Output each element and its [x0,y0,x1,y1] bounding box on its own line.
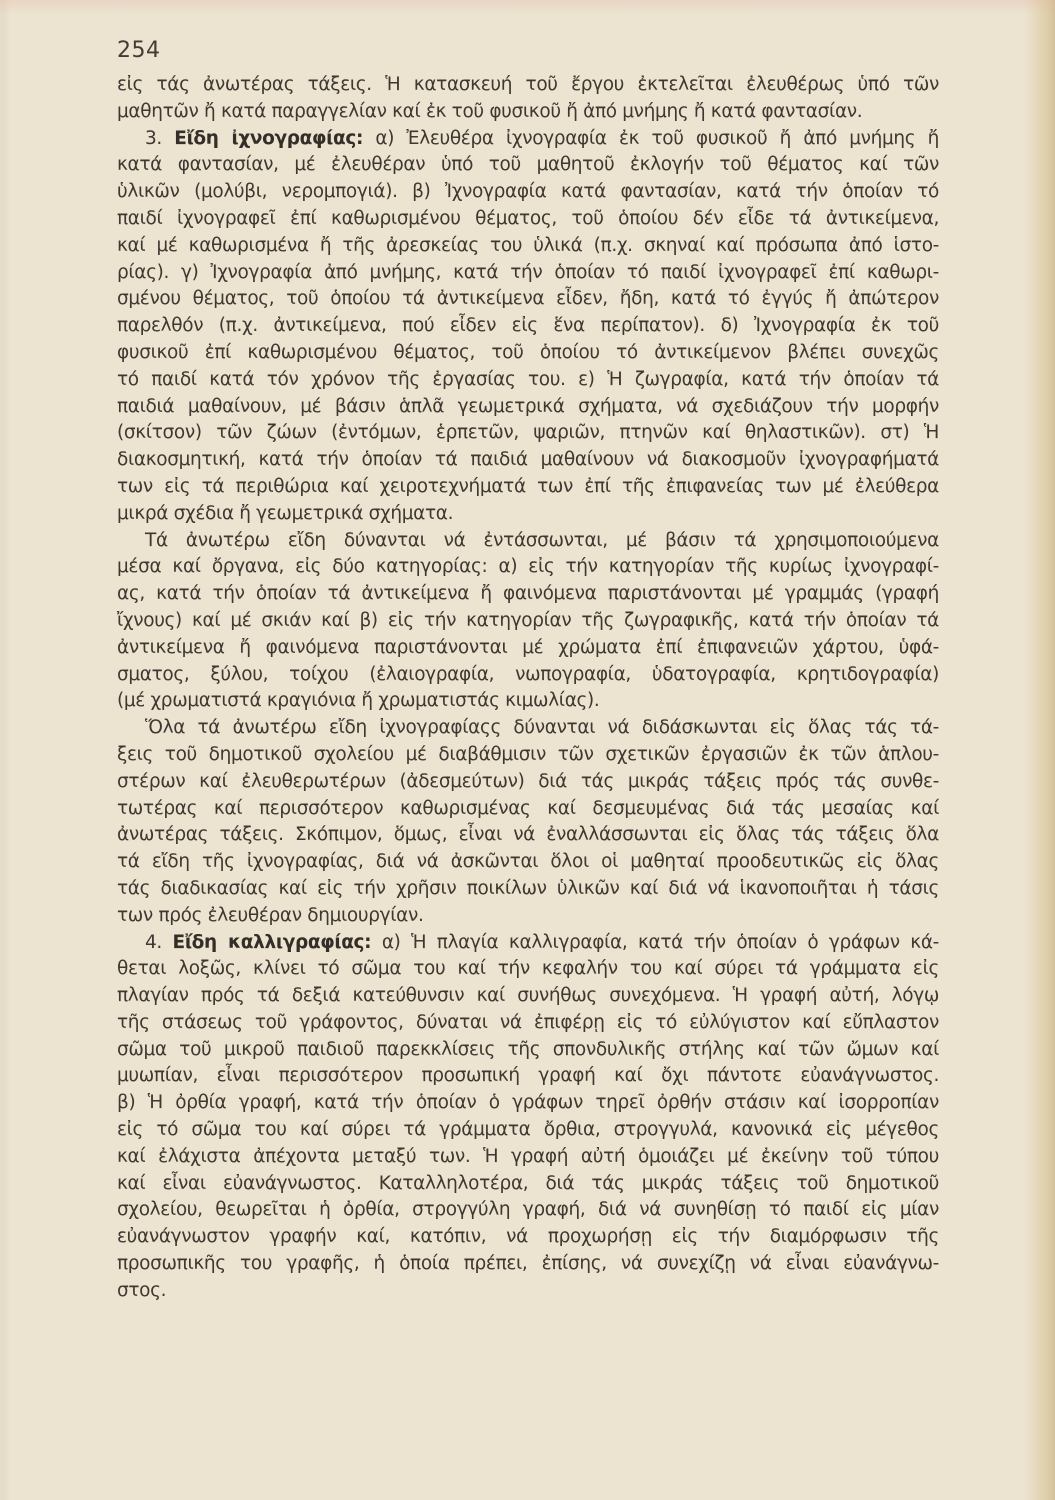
paragraph: εἰς τάς ἀνωτέρας τάξεις. Ἡ κατασκευή τοῦ… [117,72,939,126]
text-line: θεται λοξῶς, κλίνει τό σῶμα του καί τήν … [117,956,939,983]
paragraph: Τά ἀνωτέρω εἴδη δύνανται νά ἐντάσσωνται,… [117,528,939,716]
text-line: τάς διαδικασίας καί εἰς τήν χρῆσιν ποικί… [117,876,939,903]
paragraph-heading: Εἴδη καλλιγραφίας: [173,932,372,953]
text-line: στος. [117,1278,939,1305]
text-line: μέσα καί ὄργανα, εἰς δύο κατηγορίας: α) … [117,554,939,581]
text-line: εἰς τό σῶμα του καί σύρει τά γράμματα ὄρ… [117,1117,939,1144]
text-line: φυσικοῦ ἐπί καθωρισμένου θέματος, τοῦ ὁπ… [117,340,939,367]
text-line: σματος, ξύλου, τοίχου (ἐλαιογραφία, νωπο… [117,662,939,689]
text-line: β) Ἡ ὀρθία γραφή, κατά τήν ὁποίαν ὁ γράφ… [117,1090,939,1117]
text-line: σῶμα τοῦ μικροῦ παιδιοῦ παρεκκλίσεις τῆς… [117,1037,939,1064]
paragraph: 4. Εἴδη καλλιγραφίας: α) Ἡ πλαγία καλλιγ… [117,930,939,1305]
text-line: παιδιά μαθαίνουν, μέ βάσιν ἁπλᾶ γεωμετρι… [117,394,939,421]
list-number: 3. [145,128,162,149]
text-run: α) Ἡ πλαγία καλλιγραφία, κατά τήν ὁποίαν… [382,932,939,953]
text-line: (μέ χρωματιστά κραγιόνια ἤ χρωματιστάς κ… [117,688,939,715]
text-line: των πρός ἐλευθέραν δημιουργίαν. [117,903,939,930]
text-line: (σκίτσον) τῶν ζώων (ἐντόμων, ἑρπετῶν, ψα… [117,420,939,447]
text-line: διακοσμητική, κατά τήν ὁποίαν τά παιδιά … [117,447,939,474]
text-line: ἴχνους) καί μέ σκιάν καί β) εἰς τήν κατη… [117,608,939,635]
text-line: ξεις τοῦ δημοτικοῦ σχολείου μέ διαβάθμισ… [117,742,939,769]
paragraph: Ὅλα τά ἀνωτέρω εἴδη ἰχνογραφίαςς δύναντα… [117,715,939,929]
text-line: Τά ἀνωτέρω εἴδη δύνανται νά ἐντάσσωνται,… [117,528,939,555]
text-line: τά εἴδη τῆς ἰχνογραφίας, διά νά ἀσκῶνται… [117,849,939,876]
text-run: α) Ἐλευθέρα ἰχνογραφία ἐκ τοῦ φυσικοῦ ἤ … [375,128,939,149]
body-text: εἰς τάς ἀνωτέρας τάξεις. Ἡ κατασκευή τοῦ… [117,72,939,1305]
text-line paragraph-heading-line: 4. Εἴδη καλλιγραφίας: α) Ἡ πλαγία καλλιγ… [117,930,939,957]
text-line: ἀντικείμενα ἤ φαινόμενα παριστάνονται μέ… [117,635,939,662]
text-line: προσωπικῆς του γραφῆς, ἡ ὁποία πρέπει, ἐ… [117,1251,939,1278]
text-line: ὑλικῶν (μολύβι, νερομπογιά). β) Ἰχνογραφ… [117,179,939,206]
text-line: καί μέ καθωρισμένα ἤ τῆς ἀρεσκείας του ὑ… [117,233,939,260]
text-line paragraph-heading-line: 3. Εἴδη ἰχνογραφίας: α) Ἐλευθέρα ἰχνογρα… [117,126,939,153]
paragraph: 3. Εἴδη ἰχνογραφίας: α) Ἐλευθέρα ἰχνογρα… [117,126,939,528]
paragraph-heading: Εἴδη ἰχνογραφίας: [174,128,363,149]
text-line: σμένου θέματος, τοῦ ὁποίου τά ἀντικείμεν… [117,286,939,313]
list-number: 4. [145,932,162,953]
text-line: πλαγίαν πρός τά δεξιά κατεύθυνσιν καί συ… [117,983,939,1010]
text-line: μυωπίαν, εἶναι περισσότερον προσωπική γρ… [117,1063,939,1090]
text-line: ἀνωτέρας τάξεις. Σκόπιμον, ὅμως, εἶναι ν… [117,822,939,849]
text-line: τωτέρας καί περισσότερον καθωρισμένας κα… [117,796,939,823]
text-line: μικρά σχέδια ἤ γεωμετρικά σχήματα. [117,501,939,528]
text-line: κατά φαντασίαν, μέ ἐλευθέραν ὑπό τοῦ μαθ… [117,152,939,179]
text-line: εἰς τάς ἀνωτέρας τάξεις. Ἡ κατασκευή τοῦ… [117,72,939,99]
text-line: μαθητῶν ἤ κατά παραγγελίαν καί ἐκ τοῦ φυ… [117,99,939,126]
text-line: καί ἐλάχιστα ἀπέχοντα μεταξύ των. Ἡ γραφ… [117,1144,939,1171]
text-line: τῆς στάσεως τοῦ γράφοντος, δύναται νά ἐπ… [117,1010,939,1037]
text-line: καί εἶναι εὐανάγνωστος. Καταλληλοτέρα, δ… [117,1171,939,1198]
page-number: 254 [117,38,161,63]
text-line: ας, κατά τήν ὁποίαν τά ἀντικείμενα ἤ φαι… [117,581,939,608]
text-line: στέρων καί ἐλευθερωτέρων (ἀδεσμεύτων) δι… [117,769,939,796]
text-line: εὐανάγνωστον γραφήν καί, κατόπιν, νά προ… [117,1224,939,1251]
text-line: των εἰς τά περιθώρια καί χειροτεχνήματά … [117,474,939,501]
text-line: σχολείου, θεωρεῖται ἡ ὀρθία, στρογγύλη γ… [117,1197,939,1224]
text-line: τό παιδί κατά τόν χρόνον τῆς ἐργασίας το… [117,367,939,394]
text-line: παιδί ἰχνογραφεῖ ἐπί καθωρισμένου θέματο… [117,206,939,233]
text-line: παρελθόν (π.χ. ἀντικείμενα, πού εἶδεν εἰ… [117,313,939,340]
text-line: ρίας). γ) Ἰχνογραφία ἀπό μνήμης, κατά τή… [117,260,939,287]
text-line: Ὅλα τά ἀνωτέρω εἴδη ἰχνογραφίαςς δύναντα… [117,715,939,742]
book-page: 254 εἰς τάς ἀνωτέρας τάξεις. Ἡ κατασκευή… [0,0,1055,1500]
